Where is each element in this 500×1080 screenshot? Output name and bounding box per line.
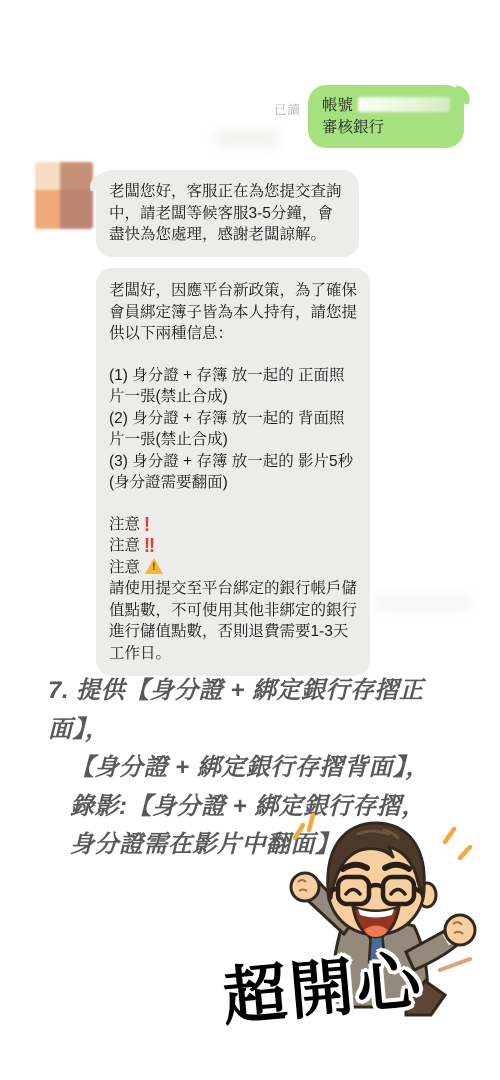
right-fist [445, 915, 475, 945]
red-double-exclamation-icon: !! [144, 533, 154, 558]
message-paragraph: 注意! [109, 514, 357, 536]
chat-screenshot: 已讀 帳號 審核銀行 老闆您好，客服正在為您提交查詢中，請老闆等候客服3-5分鐘… [0, 0, 500, 1080]
paragraph-text: (2) 身分證 + 存簿 放一起的 背面照片一張(禁止合成) [109, 410, 345, 449]
avatar-pixel [35, 162, 60, 190]
message-paragraph: (2) 身分證 + 存簿 放一起的 背面照片一張(禁止合成) [109, 408, 357, 451]
paragraph-text: (3) 身分證 + 存簿 放一起的 影片5秒(身分證需要翻面) [109, 453, 353, 492]
sparkle-dash-icon [440, 959, 470, 970]
yellow-warning-triangle-icon [145, 558, 163, 574]
avatar-pixel [60, 190, 93, 229]
avatar-pixel [35, 190, 60, 229]
annotation-line: 【身分證 + 綁定銀行存摺背面】， [48, 749, 484, 788]
paragraph-text: 注意 [109, 516, 140, 533]
redacted-account-number [358, 97, 450, 112]
message-paragraph: 注意!! [109, 535, 357, 557]
outgoing-bubble[interactable]: 帳號 審核銀行 [308, 85, 464, 148]
blurred-smudge-top [213, 128, 281, 148]
message-paragraph: 老闆好，因應平台新政策，為了確保會員綁定簿子皆為本人持有，請您提供以下兩種信息： [109, 280, 357, 345]
account-label: 帳號 [322, 97, 353, 114]
avatar-pixel [60, 162, 93, 190]
paragraph-text: (1) 身分證 + 存簿 放一起的 正面照片一張(禁止合成) [109, 367, 345, 406]
left-fist [291, 873, 319, 901]
paragraph-gap [109, 345, 357, 365]
message-paragraph: (3) 身分證 + 存簿 放一起的 影片5秒(身分證需要翻面) [109, 451, 357, 494]
paragraph-text: 老闆好，因應平台新政策，為了確保會員綁定簿子皆為本人持有，請您提供以下兩種信息： [109, 282, 357, 342]
message-paragraph: (1) 身分證 + 存簿 放一起的 正面照片一張(禁止合成) [109, 365, 357, 408]
sticker-caption: 超開心 [218, 929, 426, 1038]
incoming-message-1-text: 老闆您好，客服正在為您提交查詢中，請老闆等候客服3-5分鐘，會盡快為您處理，感謝… [109, 183, 342, 243]
message-paragraph: 注意 [109, 557, 357, 579]
annotation-line: 7. 提供【身分證 + 綁定銀行存摺正面】， [48, 672, 484, 749]
paragraph-gap [109, 494, 357, 514]
message-paragraph: 請使用提交至平台綁定的銀行帳戶儲值點數，不可使用其他非綁定的銀行進行儲值點數，否… [109, 578, 357, 664]
read-receipt: 已讀 [274, 100, 301, 118]
paragraph-text: 注意 [109, 559, 140, 576]
paragraph-text: 注意 [109, 537, 140, 554]
incoming-bubble-2[interactable]: 老闆好，因應平台新政策，為了確保會員綁定簿子皆為本人持有，請您提供以下兩種信息：… [96, 268, 370, 676]
agent-avatar[interactable] [35, 162, 93, 229]
blurred-smudge-side [372, 592, 472, 614]
outgoing-line-1: 帳號 [322, 95, 450, 117]
outgoing-line-2: 審核銀行 [322, 117, 450, 139]
incoming-bubble-1[interactable]: 老闆您好，客服正在為您提交查詢中，請老闆等候客服3-5分鐘，會盡快為您處理，感謝… [96, 170, 359, 257]
paragraph-text: 請使用提交至平台綁定的銀行帳戶儲值點數，不可使用其他非綁定的銀行進行儲值點數，否… [109, 580, 357, 662]
outgoing-message-row: 已讀 帳號 審核銀行 [274, 85, 464, 148]
